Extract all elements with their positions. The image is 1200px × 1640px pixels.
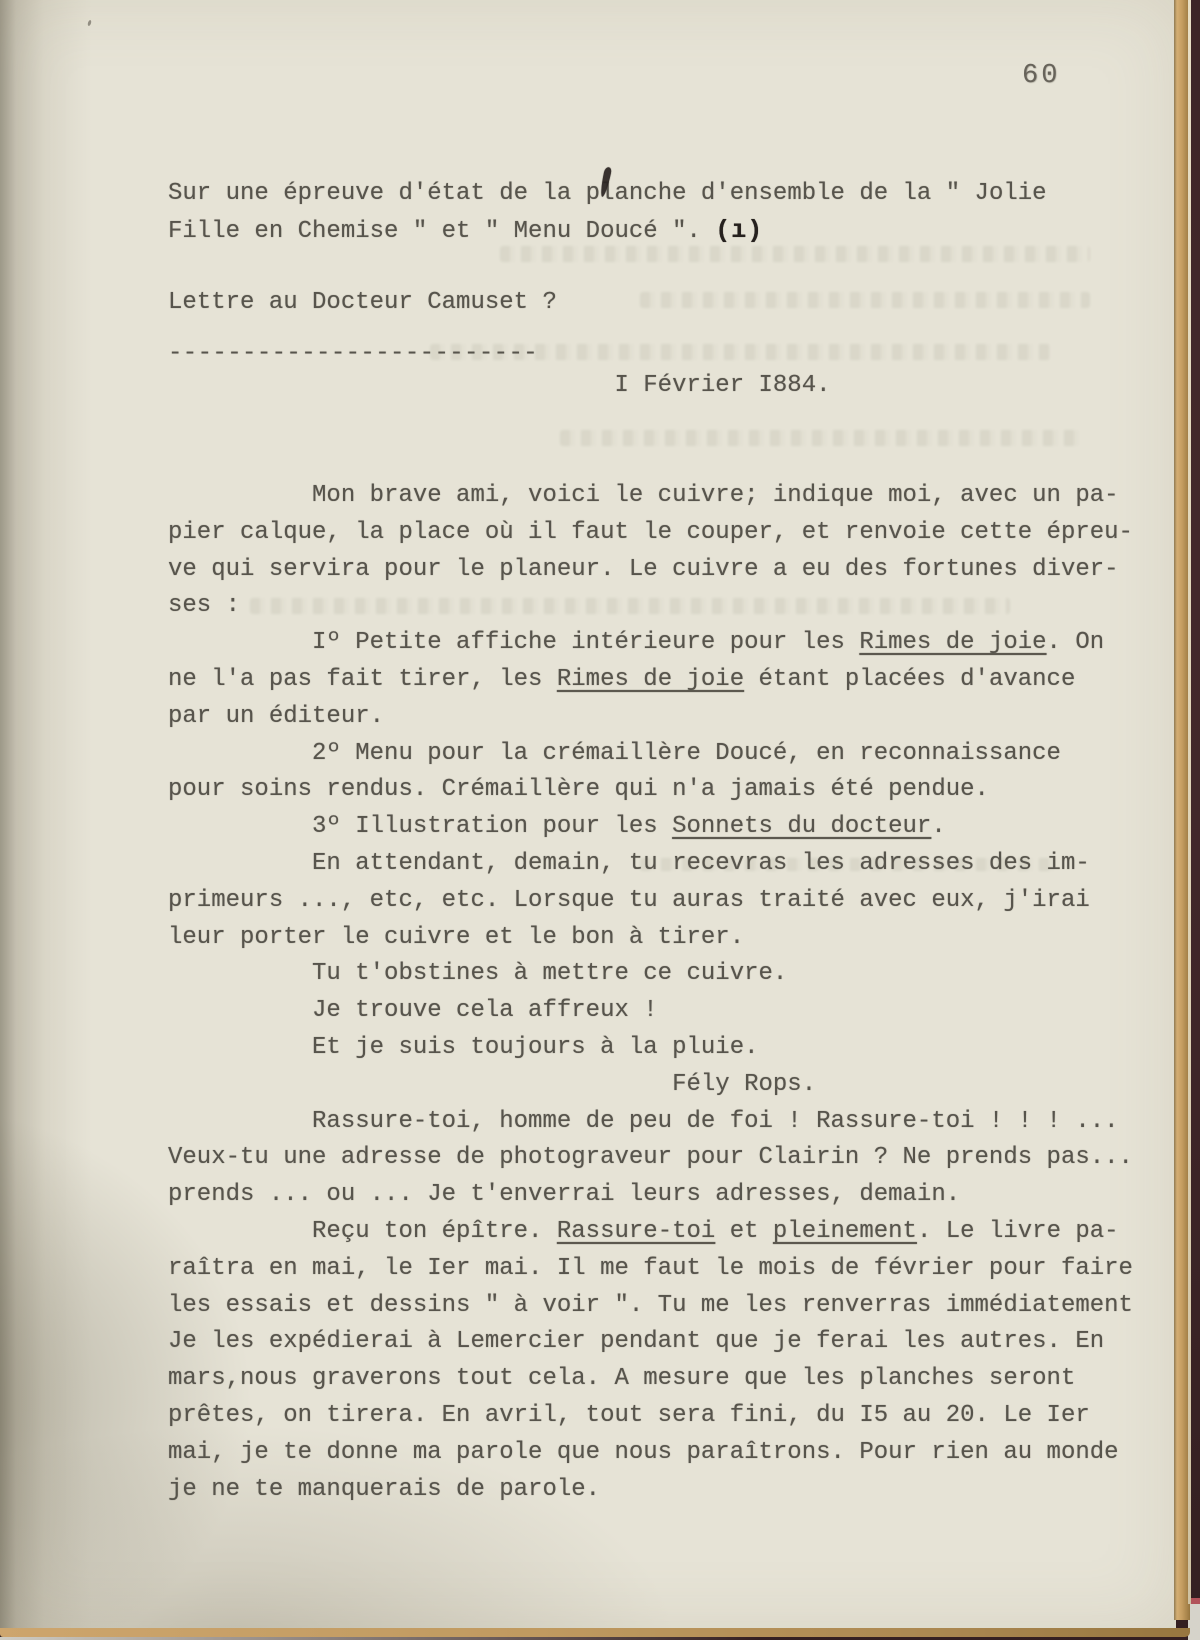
typed-line: Je trouve cela affreux ! [168, 993, 1133, 1030]
typed-text: Reçu ton épître. [168, 1218, 557, 1245]
typed-text: Veux-tu une adresse de photograveur pour… [168, 1144, 1133, 1171]
date-line: I Février I884. [168, 368, 831, 405]
typed-text: 3º Illustration pour les [168, 813, 672, 840]
typed-text: . Le livre pa- [917, 1218, 1119, 1245]
typed-text: ne l'a pas fait tirer, les [168, 666, 557, 693]
ink-speck [87, 20, 92, 27]
typed-text: prends ... ou ... Je t'enverrai leurs ad… [168, 1181, 960, 1208]
typed-line: je ne te manquerais de parole. [168, 1472, 1133, 1509]
typed-text: Je les expédierai à Lemercier pendant qu… [168, 1328, 1104, 1355]
typed-line: leur porter le cuivre et le bon à tirer. [168, 920, 1133, 957]
typed-text: ses : [168, 592, 240, 619]
typed-text: je ne te manquerais de parole. [168, 1476, 600, 1503]
typed-line: Fély Rops. [168, 1067, 1133, 1104]
letter-heading-block: Sur une épreuve d'état de la planche d'e… [168, 176, 1047, 251]
typed-text: En attendant, demain, tu recevras les ad… [168, 850, 1090, 877]
typed-line: Reçu ton épître. Rassure-toi et pleineme… [168, 1214, 1133, 1251]
typed-line: ve qui servira pour le planeur. Le cuivr… [168, 552, 1133, 589]
typed-text: 2º Menu pour la crémaillère Doucé, en re… [168, 740, 1061, 767]
underlined-text: Rimes de joie [557, 666, 744, 693]
typed-text: Rassure-toi, homme de peu de foi ! Rassu… [168, 1108, 1119, 1135]
handwritten-annotation: (ı) [715, 217, 763, 245]
typed-line: Mon brave ami, voici le cuivre; indique … [168, 478, 1133, 515]
typed-text: mars,nous graverons tout cela. A mesure … [168, 1365, 1075, 1392]
typed-line: pour soins rendus. Crémaillère qui n'a j… [168, 772, 1133, 809]
typed-line: 3º Illustration pour les Sonnets du doct… [168, 809, 1133, 846]
typed-text: . [931, 813, 945, 840]
typed-line: ses : [168, 588, 1133, 625]
typed-text: prêtes, on tirera. En avril, tout sera f… [168, 1402, 1090, 1429]
typed-text: leur porter le cuivre et le bon à tirer. [168, 924, 744, 951]
typed-line: primeurs ..., etc, etc. Lorsque tu auras… [168, 883, 1133, 920]
typed-text: pour soins rendus. Crémaillère qui n'a j… [168, 776, 989, 803]
typed-text: pier calque, la place où il faut le coup… [168, 519, 1133, 546]
page-number: 60 [1022, 58, 1060, 95]
typed-line: Iº Petite affiche intérieure pour les Ri… [168, 625, 1133, 662]
typed-line: mars,nous graverons tout cela. A mesure … [168, 1361, 1133, 1398]
typed-text: . On [1047, 629, 1105, 656]
typed-line: 2º Menu pour la crémaillère Doucé, en re… [168, 736, 1133, 773]
typed-line: mai, je te donne ma parole que nous para… [168, 1435, 1133, 1472]
typed-text: Iº Petite affiche intérieure pour les [168, 629, 859, 656]
underlined-text: pleinement [773, 1218, 917, 1245]
typed-text: Tu t'obstines à mettre ce cuivre. [168, 960, 787, 987]
typed-line: Tu t'obstines à mettre ce cuivre. [168, 956, 1133, 993]
typed-line: En attendant, demain, tu recevras les ad… [168, 846, 1133, 883]
manuscript-page: 60 Sur une épreuve d'état de la planche … [0, 0, 1176, 1628]
typed-line: Veux-tu une adresse de photograveur pour… [168, 1140, 1133, 1177]
typed-line: raîtra en mai, le Ier mai. Il me faut le… [168, 1251, 1133, 1288]
typed-line: par un éditeur. [168, 699, 1133, 736]
typed-line: pier calque, la place où il faut le coup… [168, 515, 1133, 552]
typed-text: Je trouve cela affreux ! [168, 997, 658, 1024]
typed-text: primeurs ..., etc, etc. Lorsque tu auras… [168, 887, 1090, 914]
underlined-text: Rassure-toi [557, 1218, 715, 1245]
salutation-line: Lettre au Docteur Camuset ? [168, 285, 557, 322]
typed-text: Fély Rops. [168, 1071, 816, 1098]
typed-text: Fille en Chemise " et " Menu Doucé ". [168, 218, 715, 245]
typed-line: Sur une épreuve d'état de la planche d'e… [168, 176, 1047, 213]
typed-text: Mon brave ami, voici le cuivre; indique … [168, 482, 1119, 509]
pen-mark: l [600, 176, 614, 213]
typed-text: les essais et dessins " à voir ". Tu me … [168, 1292, 1133, 1319]
typed-text: raîtra en mai, le Ier mai. Il me faut le… [168, 1255, 1133, 1282]
book-scan: 60 Sur une épreuve d'état de la planche … [0, 0, 1200, 1640]
typed-text: et [715, 1218, 773, 1245]
typed-line: Rassure-toi, homme de peu de foi ! Rassu… [168, 1104, 1133, 1141]
bleed-through-texture [640, 292, 1090, 308]
typed-line: Je les expédierai à Lemercier pendant qu… [168, 1324, 1133, 1361]
typed-text: mai, je te donne ma parole que nous para… [168, 1439, 1119, 1466]
typed-text: étant placées d'avance [744, 666, 1075, 693]
typed-line: prêtes, on tirera. En avril, tout sera f… [168, 1398, 1133, 1435]
typed-text: par un éditeur. [168, 703, 384, 730]
underlined-text: Rimes de joie [859, 629, 1046, 656]
typed-text: ve qui servira pour le planeur. Le cuivr… [168, 556, 1119, 583]
page-edge-bottom [0, 1628, 1190, 1637]
typed-line: Et je suis toujours à la pluie. [168, 1030, 1133, 1067]
typed-text: Et je suis toujours à la pluie. [168, 1034, 759, 1061]
underlined-text: Sonnets du docteur [672, 813, 931, 840]
typed-line: prends ... ou ... Je t'enverrai leurs ad… [168, 1177, 1133, 1214]
typed-line: les essais et dessins " à voir ". Tu me … [168, 1288, 1133, 1325]
bleed-through-texture [560, 430, 1080, 446]
typed-text: anche d'ensemble de la " Jolie [614, 180, 1046, 207]
typed-line: Fille en Chemise " et " Menu Doucé ". (ı… [168, 213, 1047, 251]
page-edge-highlight [1188, 0, 1191, 1604]
typed-text: Sur une épreuve d'état de la p [168, 180, 600, 207]
typed-line: ne l'a pas fait tirer, les Rimes de joie… [168, 662, 1133, 699]
letter-body-block: Mon brave ami, voici le cuivre; indique … [168, 478, 1133, 1508]
